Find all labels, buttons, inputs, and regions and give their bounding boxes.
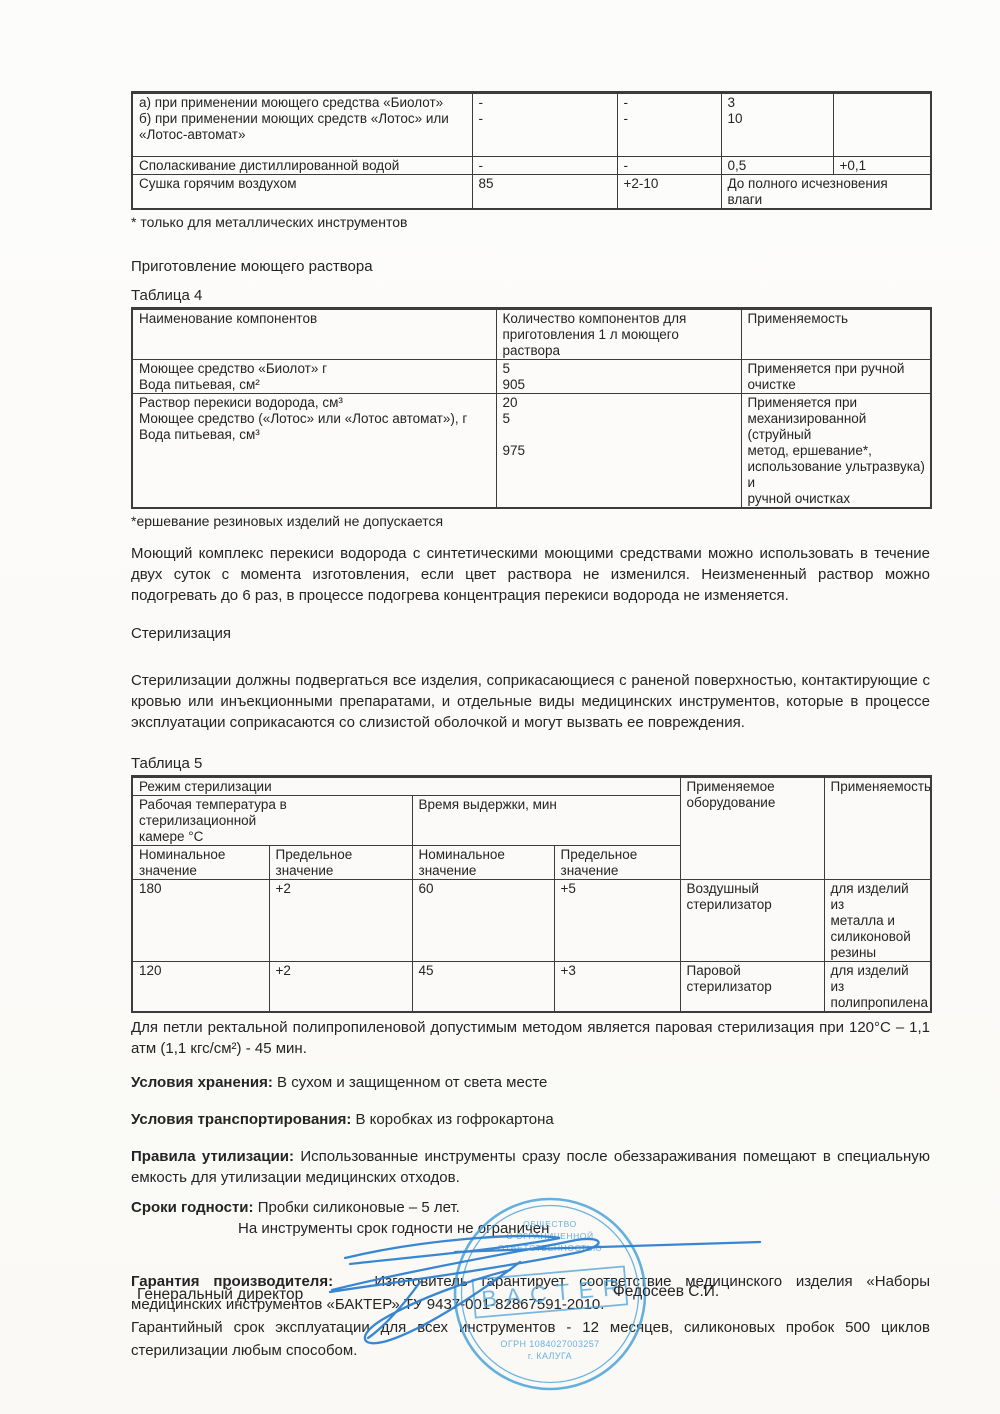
table-cell: Моющее средство «Биолот» г Вода питьевая… [132,360,496,394]
table1-footnote: * только для металлических инструментов [131,214,930,230]
table-cell [833,93,931,157]
disposal-label: Правила утилизации: [131,1148,294,1165]
section-title-sterilization: Стерилизация [131,623,930,644]
table-cell: 45 [412,962,554,1013]
table-cell: Сушка горячим воздухом [132,175,472,210]
table-cell: 0,5 [721,157,833,175]
table-cell: +3 [554,962,680,1013]
table-header-cell: Предельное значение [554,846,680,880]
table-header-cell: Наименование компонентов [132,309,496,360]
table-header-cell: Применяемость [741,309,931,360]
table5-label: Таблица 5 [131,753,930,774]
table-row: Раствор перекиси водорода, см³ Моющее ср… [132,394,931,509]
transport-label: Условия транспортирования: [131,1111,351,1128]
table-cell: для изделий из металла и силиконовой рез… [824,880,931,962]
table-cell: Применяется при ручной очистке [741,360,931,394]
table-header-cell: Номинальное значение [132,846,269,880]
table-row: 180 +2 60 +5 Воздушный стерилизатор для … [132,880,931,962]
shelf-life-label: Сроки годности: [131,1199,254,1216]
paragraph-detergent-complex: Моющий комплекс перекиси водорода с синт… [131,543,930,606]
table-header-cell: Режим стерилизации [132,777,680,796]
table-cell: для изделий из полипропилена [824,962,931,1013]
table-cell: +2-10 [617,175,721,210]
table-cell: +2 [269,962,412,1013]
table-cell: 180 [132,880,269,962]
table-cell: 85 [472,175,617,210]
cleaning-steps-table: а) при применении моющего средства «Биол… [131,91,932,210]
table-cell: - - [472,93,617,157]
table-header-cell: Применяемое оборудование [680,777,824,880]
section-title-preparation: Приготовление моющего раствора [131,256,930,277]
transport-value: В коробках из гофрокартона [355,1111,553,1128]
table-cell: Споласкивание дистиллированной водой [132,157,472,175]
table-header-cell: Время выдержки, мин [412,796,680,846]
table-cell: - [617,157,721,175]
storage-label: Условия хранения: [131,1074,273,1091]
table-cell: +2 [269,880,412,962]
table-header-cell: Номинальное значение [412,846,554,880]
table4-label: Таблица 4 [131,285,930,306]
table-row: Сушка горячим воздухом 85 +2-10 До полно… [132,175,931,210]
table-cell: Раствор перекиси водорода, см³ Моющее ср… [132,394,496,509]
table-cell: Применяется при механизированной (струйн… [741,394,931,509]
table-header-cell: Рабочая температура в стерилизационной к… [132,796,412,846]
paragraph-sterilization: Стерилизации должны подвергаться все изд… [131,670,930,733]
table-cell: 120 [132,962,269,1013]
disposal-rules: Правила утилизации: Использованные инстр… [131,1146,930,1188]
table-cell: - - [617,93,721,157]
table-row: а) при применении моющего средства «Биол… [132,93,931,157]
transport-conditions: Условия транспортирования: В коробках из… [131,1109,930,1130]
detergent-solution-table: Наименование компонентов Количество комп… [131,307,932,509]
storage-value: В сухом и защищенном от света месте [277,1074,547,1091]
table-cell: Паровой стерилизатор [680,962,824,1013]
table-cell: +0,1 [833,157,931,175]
table-row: Споласкивание дистиллированной водой - -… [132,157,931,175]
table-cell: - [472,157,617,175]
table-row: 120 +2 45 +3 Паровой стерилизатор для из… [132,962,931,1013]
signature [295,1212,855,1372]
table-cell: 20 5 975 [496,394,741,509]
sterilization-modes-table: Режим стерилизации Применяемое оборудова… [131,775,932,1013]
table-header-row: Режим стерилизации Применяемое оборудова… [132,777,931,796]
table-cell: +5 [554,880,680,962]
signer-name: Федосеев С.И. [613,1283,719,1301]
table-cell: 3 10 [721,93,833,157]
table-cell: До полного исчезновения влаги [721,175,931,210]
table-cell: 5 905 [496,360,741,394]
table-cell: Воздушный стерилизатор [680,880,824,962]
paragraph-rectal-loop: Для петли ректальной полипропиленовой до… [131,1017,930,1059]
table-row: Моющее средство «Биолот» г Вода питьевая… [132,360,931,394]
signer-title: Генеральный директор [137,1286,303,1304]
document-content: а) при применении моющего средства «Биол… [131,91,930,1362]
table-header-cell: Применяемость [824,777,931,880]
table-header-cell: Предельное значение [269,846,412,880]
table-cell: 60 [412,880,554,962]
table-header-row: Наименование компонентов Количество комп… [132,309,931,360]
table-header-cell: Количество компонентов для приготовления… [496,309,741,360]
table4-footnote: *ершевание резиновых изделий не допускае… [131,513,930,529]
document-page: а) при применении моющего средства «Биол… [0,0,1000,1414]
storage-conditions: Условия хранения: В сухом и защищенном о… [131,1072,930,1093]
table-cell: а) при применении моющего средства «Биол… [132,93,472,157]
